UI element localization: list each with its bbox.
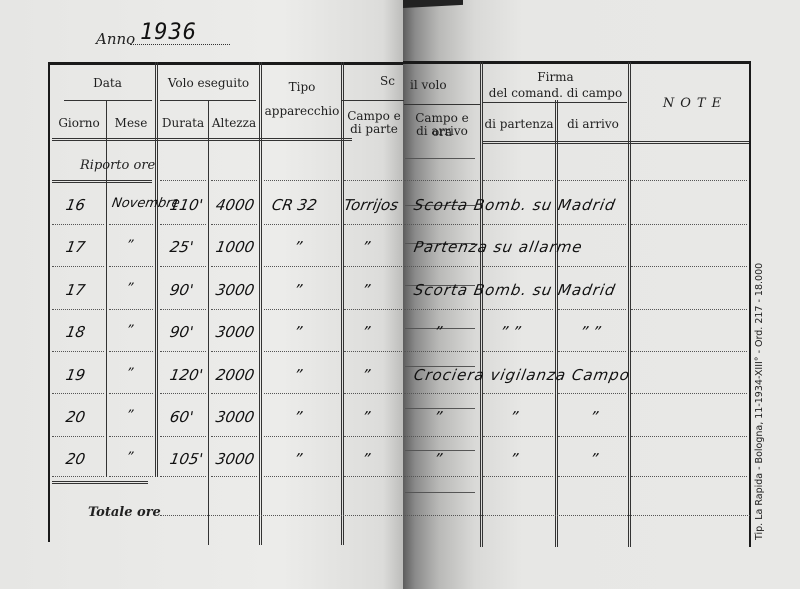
row-rule <box>211 266 257 267</box>
row-rule <box>404 224 478 225</box>
header-divider <box>483 102 627 103</box>
row-rule <box>404 266 478 267</box>
log-firma-arrivo: ” ” <box>578 323 601 341</box>
row-rule <box>264 436 339 437</box>
row-rule <box>264 393 339 394</box>
row-rule <box>109 351 153 352</box>
row-rule <box>558 180 626 181</box>
log-altezza: 3000 <box>214 323 255 341</box>
log-scopo: Crociera vigilanza Campo <box>412 366 631 384</box>
row-rule <box>404 393 478 394</box>
header-campo-partenza-2: di parte <box>344 122 404 136</box>
log-giorno: 16 <box>64 196 86 214</box>
row-rule <box>264 309 339 310</box>
table-left-border <box>48 62 50 542</box>
row-rule <box>109 393 153 394</box>
log-giorno: 20 <box>64 408 86 426</box>
col-divider <box>480 62 483 547</box>
row-rule <box>404 309 478 310</box>
log-scopo: Partenza su allarme <box>412 238 584 256</box>
row-rule <box>160 309 206 310</box>
log-giorno: 17 <box>64 281 86 299</box>
col-divider <box>106 100 107 477</box>
row-rule <box>52 351 104 352</box>
row-rule <box>160 224 206 225</box>
header-divider <box>160 100 256 101</box>
header-bottom <box>52 138 352 141</box>
riporto-label: Riporto ore <box>80 158 155 173</box>
row-rule <box>211 351 257 352</box>
log-durata: 90' <box>168 281 194 299</box>
row-rule <box>483 180 553 181</box>
log-durata: 105' <box>168 450 204 468</box>
row-rule <box>264 180 339 181</box>
row-rule <box>483 309 553 310</box>
row-rule <box>52 436 104 437</box>
row-rule <box>344 224 402 225</box>
row-rule <box>558 309 626 310</box>
log-scopo: Scorta Bomb. su Madrid <box>412 281 617 299</box>
row-rule <box>631 224 747 225</box>
header-durata: Durata <box>158 116 208 130</box>
row-rule <box>404 436 478 437</box>
row-rule <box>631 266 747 267</box>
row-rule <box>558 224 626 225</box>
header-divider <box>342 100 404 101</box>
row-rule <box>109 436 153 437</box>
row-rule <box>211 393 257 394</box>
riporto-underline <box>52 180 152 183</box>
header-divider <box>64 100 152 101</box>
row-rule <box>52 393 104 394</box>
row-rule <box>558 266 626 267</box>
log-giorno: 19 <box>64 366 86 384</box>
printer-imprint: Tip. La Rapida - Bologna, 11-1934-XIII° … <box>754 263 765 540</box>
row-rule <box>558 393 626 394</box>
row-rule <box>160 351 206 352</box>
row-rule <box>404 351 478 352</box>
log-altezza: 4000 <box>214 196 255 214</box>
row-rule <box>160 180 206 181</box>
row-rule <box>344 351 402 352</box>
row-rule <box>344 309 402 310</box>
header-di-partenza: di partenza <box>483 117 555 131</box>
row-rule <box>558 476 626 477</box>
row-rule <box>109 224 153 225</box>
row-rule <box>344 436 402 437</box>
log-tipo: CR 32 <box>270 196 318 214</box>
row-rule <box>52 266 104 267</box>
row-rule <box>160 393 206 394</box>
table-top-border-right <box>403 61 751 64</box>
log-firma-partenza: ” ” <box>498 323 521 341</box>
totale-label: Totale ore <box>88 505 161 520</box>
log-durata: 110' <box>168 196 204 214</box>
row-rule <box>631 180 747 181</box>
log-altezza: 1000 <box>214 238 255 256</box>
col-divider <box>555 100 558 547</box>
log-scopo: Scorta Bomb. su Madrid <box>412 196 617 214</box>
header-divider <box>404 104 480 105</box>
header-campo-partenza-1: Campo e <box>344 109 404 123</box>
row-rule <box>52 224 104 225</box>
log-giorno: 18 <box>64 323 86 341</box>
row-rule <box>52 476 104 477</box>
row-rule <box>631 309 747 310</box>
row-rule <box>631 393 747 394</box>
header-volo-eseguito: Volo eseguito <box>158 76 259 90</box>
log-altezza: 3000 <box>214 408 255 426</box>
log-durata: 90' <box>168 323 194 341</box>
row-rule <box>264 266 339 267</box>
log-altezza: 3000 <box>214 281 255 299</box>
row-rule <box>211 309 257 310</box>
row-rule <box>264 476 339 477</box>
row-rule <box>160 476 206 477</box>
row-rule <box>558 351 626 352</box>
row-rule <box>344 266 402 267</box>
col-divider <box>628 62 631 547</box>
row-rule <box>631 351 747 352</box>
header-firma: Firma <box>483 70 628 84</box>
row-rule <box>631 436 747 437</box>
row-rule <box>52 309 104 310</box>
row-rule <box>483 436 553 437</box>
log-giorno: 20 <box>64 450 86 468</box>
row-rule <box>483 393 553 394</box>
header-altezza: Altezza <box>208 116 260 130</box>
row-rule <box>404 180 478 181</box>
row-rule <box>404 476 478 477</box>
header-campo-arrivo-2: di arrivo <box>404 124 480 138</box>
year-label: Anno <box>96 30 135 48</box>
row-rule <box>483 351 553 352</box>
log-durata: 120' <box>168 366 204 384</box>
log-altezza: 3000 <box>214 450 255 468</box>
log-giorno: 17 <box>64 238 86 256</box>
row-rule <box>109 309 153 310</box>
row-rule <box>211 224 257 225</box>
header-data: Data <box>60 76 155 90</box>
row-rule <box>211 476 257 477</box>
row-rule <box>160 266 206 267</box>
row-rule <box>344 180 402 181</box>
row-rule <box>109 266 153 267</box>
row-rule <box>211 180 257 181</box>
row-rule <box>631 476 747 477</box>
totale-divider <box>52 481 148 484</box>
header-giorno: Giorno <box>52 116 106 130</box>
totale-line <box>160 515 750 516</box>
row-rule <box>483 476 553 477</box>
header-bottom <box>483 141 749 144</box>
row-rule <box>483 224 553 225</box>
row-rule <box>344 393 402 394</box>
header-scopo-right: il volo <box>404 78 486 92</box>
log-durata: 60' <box>168 408 194 426</box>
log-campo-partenza: Torrijos <box>342 196 399 214</box>
col-divider <box>208 100 209 545</box>
row-rule <box>211 436 257 437</box>
row-rule <box>109 476 153 477</box>
table-right-border <box>749 62 751 547</box>
row-rule <box>483 266 553 267</box>
header-mese: Mese <box>106 116 156 130</box>
row-rule <box>264 224 339 225</box>
header-note: NOTE <box>640 96 750 111</box>
header-firma-sub: del comand. di campo <box>483 86 628 100</box>
col-divider <box>259 62 262 545</box>
log-altezza: 2000 <box>214 366 255 384</box>
log-durata: 25' <box>168 238 194 256</box>
row-rule <box>344 476 402 477</box>
row-rule <box>558 436 626 437</box>
header-tipo: Tipo <box>262 80 342 94</box>
year-value: 1936 <box>140 20 197 45</box>
row-rule <box>160 436 206 437</box>
row-rule <box>264 351 339 352</box>
header-di-arrivo: di arrivo <box>557 117 629 131</box>
header-apparecchio: apparecchio <box>262 104 342 118</box>
table-top-border-left <box>48 62 403 65</box>
